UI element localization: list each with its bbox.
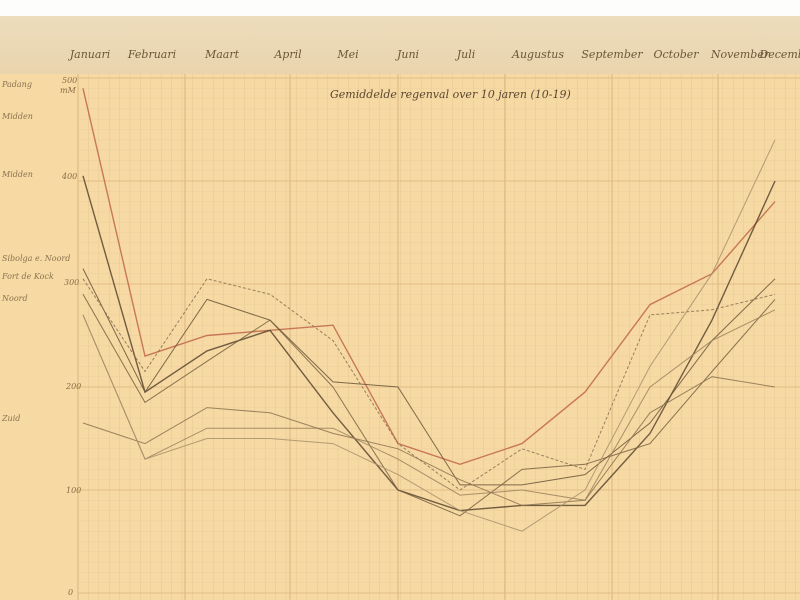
y-tick-100: 100: [66, 486, 81, 495]
series-line-1: [83, 88, 775, 464]
legend-label-4: Sibolga e. Noord: [2, 254, 70, 263]
legend-label-3: Midden: [2, 170, 33, 179]
legend-label-2: Midden: [2, 112, 33, 121]
y-tick-200: 200: [66, 382, 81, 391]
series-line-4: [83, 279, 775, 490]
series-line-5: [83, 294, 775, 516]
y-tick-500: 500: [62, 76, 77, 85]
legend-label-6: Noord: [2, 294, 28, 303]
legend-label-5: Fort de Kock: [2, 272, 54, 281]
y-tick-400: 400: [62, 172, 77, 181]
series-line-6: [83, 310, 775, 501]
series-line-2: [83, 176, 775, 511]
y-unit-label: mM: [60, 86, 76, 95]
legend-label-1: Padang: [2, 80, 32, 89]
y-tick-0: 0: [68, 588, 73, 597]
y-tick-300: 300: [64, 278, 79, 287]
chart-title: Gemiddelde regenval over 10 jaren (10-19…: [330, 88, 571, 101]
legend-label-7: Zuid: [2, 414, 20, 423]
